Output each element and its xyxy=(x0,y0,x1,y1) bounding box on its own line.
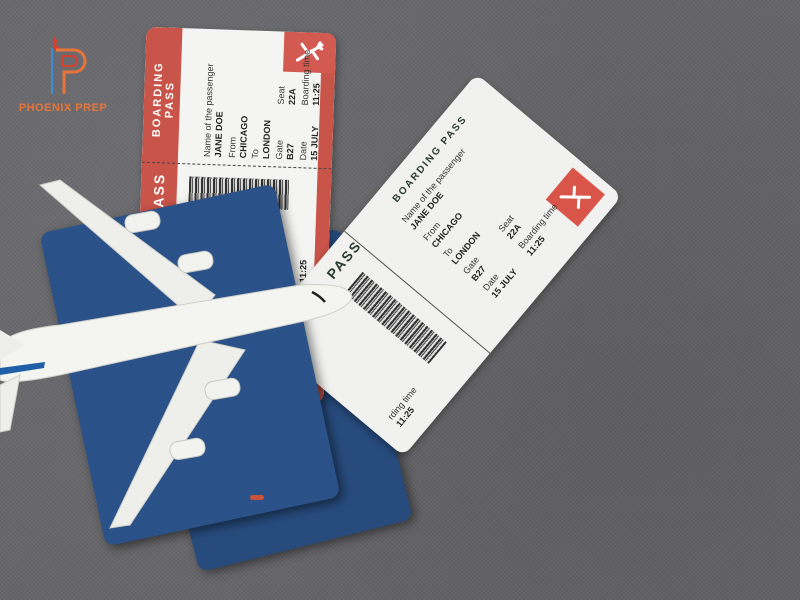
toy-airplane xyxy=(0,0,800,600)
